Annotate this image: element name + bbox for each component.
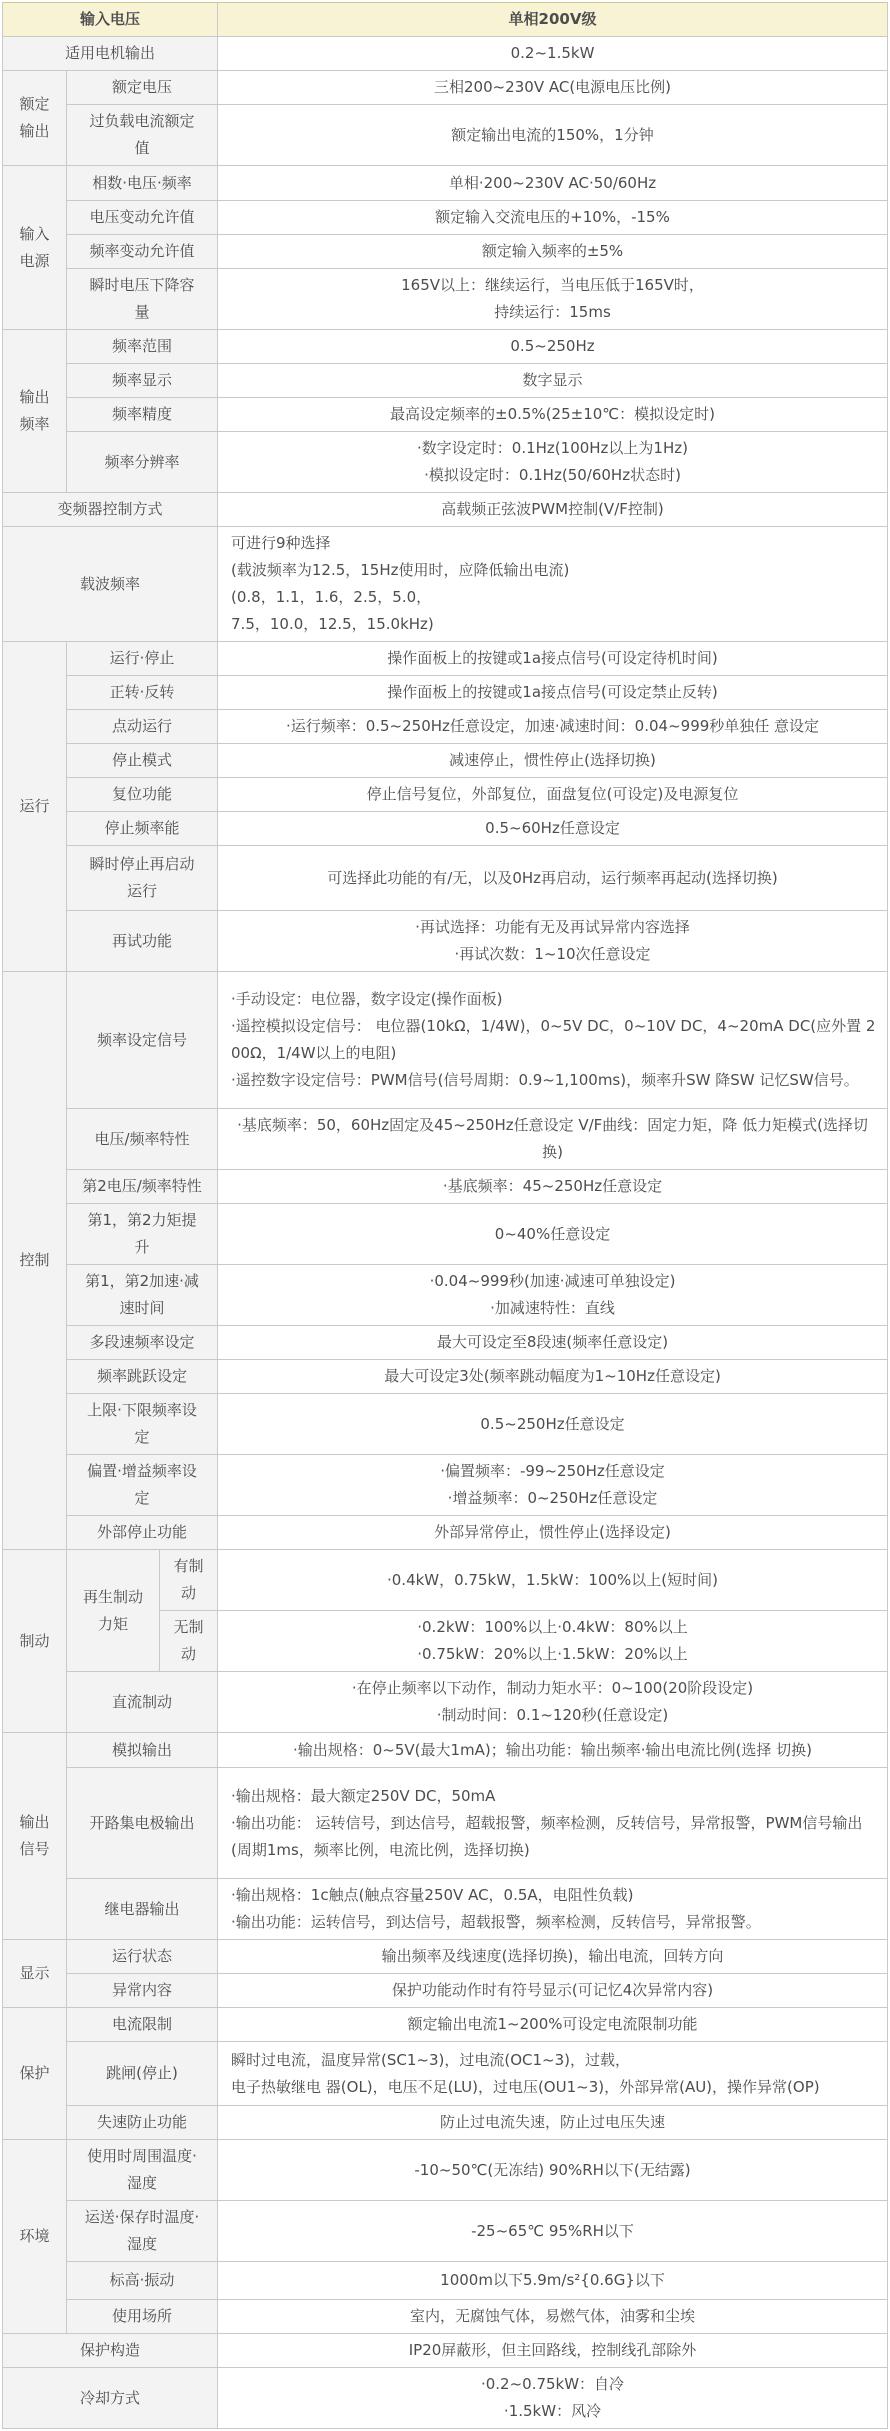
- rated-voltage-label: 额定电压: [67, 71, 218, 105]
- storage-label: 运送·保存时温度· 湿度: [67, 2201, 218, 2262]
- voltage-dip-value: 165V以上：继续运行，当电压低于165V时， 持续运行：15ms: [218, 269, 888, 330]
- row-freq-jump: 频率跳跃设定 最大可设定3处(频率跳动幅度为1~10Hz任意设定): [3, 1360, 888, 1394]
- row-stall-prevention: 失速防止功能 防止过电流失速，防止过电压失速: [3, 2106, 888, 2140]
- enclosure-value: IP20屏蔽形，但主回路线，控制线孔部除外: [218, 2334, 888, 2368]
- carrier-freq-label: 载波频率: [3, 527, 218, 642]
- row-freq-setting: 控制 频率设定信号 ·手动设定：电位器，数字设定(操作面板) ·遥控模拟设定信号…: [3, 972, 888, 1109]
- dc-brake-value: ·在停止频率以下动作，制动力矩水平：0~100(20阶段设定) ·制动时间：0.…: [218, 1672, 888, 1733]
- error-content-label: 异常内容: [67, 1974, 218, 2008]
- stop-mode-label: 停止模式: [67, 744, 218, 778]
- freq-limit-label: 上限·下限频率设 定: [67, 1394, 218, 1455]
- row-voltage-dip: 瞬时电压下降容 量 165V以上：继续运行，当电压低于165V时， 持续运行：1…: [3, 269, 888, 330]
- phase-voltage-freq-value: 单相·200~230V AC·50/60Hz: [218, 166, 888, 201]
- freq-accuracy-value: 最高设定频率的±0.5%(25±10℃：模拟设定时): [218, 398, 888, 432]
- enclosure-label: 保护构造: [3, 2334, 218, 2368]
- bias-gain-label: 偏置·增益频率设 定: [67, 1455, 218, 1516]
- inverter-spec-table: 输入电压 单相200V级 适用电机输出 0.2~1.5kW 额定 输出 额定电压…: [2, 2, 888, 2429]
- location-value: 室内，无腐蚀气体，易燃气体，油雾和尘埃: [218, 2300, 888, 2334]
- row-cooling: 冷却方式 ·0.2~0.75kW：自冷 ·1.5kW：风冷: [3, 2368, 888, 2429]
- accel-decel-value: ·0.04~999秒(加速·减速可单独设定) ·加减速特性：直线: [218, 1265, 888, 1326]
- trip-label: 跳闸(停止): [67, 2042, 218, 2106]
- relay-output-value: ·输出规格：1c触点(触点容量250V AC，0.5A，电阻性负载) ·输出功能…: [218, 1879, 888, 1940]
- freq-setting-label: 频率设定信号: [67, 972, 218, 1109]
- row-freq-accuracy: 频率精度 最高设定频率的±0.5%(25±10℃：模拟设定时): [3, 398, 888, 432]
- row-analog-output: 输出 信号 模拟输出 ·输出规格：0~5V(最大1mA)；输出功能：输出频率·输…: [3, 1733, 888, 1768]
- dc-brake-label: 直流制动: [67, 1672, 218, 1733]
- multi-speed-value: 最大可设定至8段速(频率任意设定): [218, 1326, 888, 1360]
- open-collector-value: ·输出规格：最大额定250V DC，50mA ·输出功能： 运转信号，到达信号，…: [218, 1768, 888, 1879]
- row-stop-mode: 停止模式 减速停止，惯性停止(选择切换): [3, 744, 888, 778]
- row-current-limit: 保护 电流限制 额定输出电流1~200%可设定电流限制功能: [3, 2008, 888, 2042]
- row-run-stop: 运行 运行·停止 操作面板上的按键或1a接点信号(可设定待机时间): [3, 642, 888, 676]
- reset-label: 复位功能: [67, 778, 218, 812]
- group-environment: 环境: [3, 2140, 67, 2334]
- row-rated-voltage: 额定 输出 额定电压 三相200~230V AC(电源电压比例): [3, 71, 888, 105]
- row-ext-stop: 外部停止功能 外部异常停止，惯性停止(选择设定): [3, 1516, 888, 1550]
- group-rated-output: 额定 输出: [3, 71, 67, 166]
- freq-accuracy-label: 频率精度: [67, 398, 218, 432]
- stall-prevention-label: 失速防止功能: [67, 2106, 218, 2140]
- with-brake-value: ·0.4kW，0.75kW，1.5kW：100%以上(短时间): [218, 1550, 888, 1611]
- run-stop-label: 运行·停止: [67, 642, 218, 676]
- header-value: 单相200V级: [218, 3, 888, 37]
- jog-value: ·运行频率：0.5~250Hz任意设定，加速·减速时间：0.04~999秒单独任…: [218, 710, 888, 744]
- row-vf-char: 电压/频率特性 ·基底频率：50，60Hz固定及45~250Hz任意设定 V/F…: [3, 1109, 888, 1170]
- motor-output-value: 0.2~1.5kW: [218, 37, 888, 71]
- error-content-value: 保护功能动作时有符号显示(可记忆4次异常内容): [218, 1974, 888, 2008]
- group-input-power: 输入 电源: [3, 166, 67, 330]
- group-control: 控制: [3, 972, 67, 1550]
- group-operation: 运行: [3, 642, 67, 972]
- row-run-status: 显示 运行状态 输出频率及线速度(选择切换)，输出电流，回转方向: [3, 1940, 888, 1974]
- freq-setting-value: ·手动设定：电位器，数字设定(操作面板) ·遥控模拟设定信号： 电位器(10kΩ…: [218, 972, 888, 1109]
- jog-label: 点动运行: [67, 710, 218, 744]
- altitude-label: 标高·振动: [67, 2262, 218, 2300]
- run-stop-value: 操作面板上的按键或1a接点信号(可设定待机时间): [218, 642, 888, 676]
- freq-jump-label: 频率跳跃设定: [67, 1360, 218, 1394]
- row-header: 输入电压 单相200V级: [3, 3, 888, 37]
- row-bias-gain: 偏置·增益频率设 定 ·偏置频率：-99~250Hz任意设定 ·增益频率：0~2…: [3, 1455, 888, 1516]
- vf-char-value: ·基底频率：50，60Hz固定及45~250Hz任意设定 V/F曲线：固定力矩，…: [218, 1109, 888, 1170]
- torque-boost-value: 0~40%任意设定: [218, 1204, 888, 1265]
- row-phase-voltage-freq: 输入 电源 相数·电压·频率 单相·200~230V AC·50/60Hz: [3, 166, 888, 201]
- control-method-value: 高载频正弦波PWM控制(V/F控制): [218, 493, 888, 527]
- row-reset: 复位功能 停止信号复位，外部复位，面盘复位(可设定)及电源复位: [3, 778, 888, 812]
- freq-resolution-value: ·数字设定时：0.1Hz(100Hz以上为1Hz) ·模拟设定时：0.1Hz(5…: [218, 432, 888, 493]
- run-status-value: 输出频率及线速度(选择切换)，输出电流，回转方向: [218, 1940, 888, 1974]
- regen-brake-label: 再生制动 力矩: [67, 1550, 160, 1672]
- vf-char-label: 电压/频率特性: [67, 1109, 218, 1170]
- row-torque-boost: 第1，第2力矩提 升 0~40%任意设定: [3, 1204, 888, 1265]
- row-with-brake: 制动 再生制动 力矩 有制 动 ·0.4kW，0.75kW，1.5kW：100%…: [3, 1550, 888, 1611]
- row-ambient: 环境 使用时周围温度· 湿度 -10~50℃(无冻结) 90%RH以下(无结露): [3, 2140, 888, 2201]
- rated-voltage-value: 三相200~230V AC(电源电压比例): [218, 71, 888, 105]
- cooling-label: 冷却方式: [3, 2368, 218, 2429]
- row-retry: 再试功能 ·再试选择：功能有无及再试异常内容选择 ·再试次数：1~10次任意设定: [3, 911, 888, 972]
- ambient-label: 使用时周围温度· 湿度: [67, 2140, 218, 2201]
- row-open-collector: 开路集电极输出 ·输出规格：最大额定250V DC，50mA ·输出功能： 运转…: [3, 1768, 888, 1879]
- analog-output-value: ·输出规格：0~5V(最大1mA)；输出功能：输出频率·输出电流比例(选择 切换…: [218, 1733, 888, 1768]
- location-label: 使用场所: [67, 2300, 218, 2334]
- row-location: 使用场所 室内，无腐蚀气体，易燃气体，油雾和尘埃: [3, 2300, 888, 2334]
- retry-value: ·再试选择：功能有无及再试异常内容选择 ·再试次数：1~10次任意设定: [218, 911, 888, 972]
- vf2-char-value: ·基底频率：45~250Hz任意设定: [218, 1170, 888, 1204]
- phase-voltage-freq-label: 相数·电压·频率: [67, 166, 218, 201]
- group-protection: 保护: [3, 2008, 67, 2140]
- voltage-tolerance-value: 额定输入交流电压的+10%，-15%: [218, 201, 888, 235]
- stop-freq-value: 0.5~60Hz任意设定: [218, 812, 888, 846]
- row-control-method: 变频器控制方式 高载频正弦波PWM控制(V/F控制): [3, 493, 888, 527]
- fwd-rev-label: 正转·反转: [67, 676, 218, 710]
- row-freq-tolerance: 频率变动允许值 额定输入频率的±5%: [3, 235, 888, 269]
- row-dc-brake: 直流制动 ·在停止频率以下动作，制动力矩水平：0~100(20阶段设定) ·制动…: [3, 1672, 888, 1733]
- carrier-freq-value: 可进行9种选择 (载波频率为12.5，15Hz使用时，应降低输出电流) (0.8…: [218, 527, 888, 642]
- row-freq-range: 输出 频率 频率范围 0.5~250Hz: [3, 330, 888, 364]
- row-stop-freq: 停止频率能 0.5~60Hz任意设定: [3, 812, 888, 846]
- without-brake-value: ·0.2kW：100%以上·0.4kW：80%以上 ·0.75kW：20%以上·…: [218, 1611, 888, 1672]
- freq-jump-value: 最大可设定3处(频率跳动幅度为1~10Hz任意设定): [218, 1360, 888, 1394]
- row-vf2-char: 第2电压/频率特性 ·基底频率：45~250Hz任意设定: [3, 1170, 888, 1204]
- group-braking: 制动: [3, 1550, 67, 1733]
- stop-freq-label: 停止频率能: [67, 812, 218, 846]
- fwd-rev-value: 操作面板上的按键或1a接点信号(可设定禁止反转): [218, 676, 888, 710]
- stall-prevention-value: 防止过电流失速，防止过电压失速: [218, 2106, 888, 2140]
- freq-range-value: 0.5~250Hz: [218, 330, 888, 364]
- bias-gain-value: ·偏置频率：-99~250Hz任意设定 ·增益频率：0~250Hz任意设定: [218, 1455, 888, 1516]
- retry-label: 再试功能: [67, 911, 218, 972]
- group-output-freq: 输出 频率: [3, 330, 67, 493]
- row-voltage-tolerance: 电压变动允许值 额定输入交流电压的+10%，-15%: [3, 201, 888, 235]
- open-collector-label: 开路集电极输出: [67, 1768, 218, 1879]
- storage-value: -25~65℃ 95%RH以下: [218, 2201, 888, 2262]
- torque-boost-label: 第1，第2力矩提 升: [67, 1204, 218, 1265]
- row-freq-display: 频率显示 数字显示: [3, 364, 888, 398]
- row-altitude: 标高·振动 1000m以下5.9m/s²{0.6G}以下: [3, 2262, 888, 2300]
- freq-display-value: 数字显示: [218, 364, 888, 398]
- with-brake-label: 有制 动: [160, 1550, 218, 1611]
- cooling-value: ·0.2~0.75kW：自冷 ·1.5kW：风冷: [218, 2368, 888, 2429]
- header-label: 输入电压: [3, 3, 218, 37]
- row-error-content: 异常内容 保护功能动作时有符号显示(可记忆4次异常内容): [3, 1974, 888, 2008]
- accel-decel-label: 第1，第2加速·减 速时间: [67, 1265, 218, 1326]
- without-brake-label: 无制 动: [160, 1611, 218, 1672]
- current-limit-label: 电流限制: [67, 2008, 218, 2042]
- motor-output-label: 适用电机输出: [3, 37, 218, 71]
- row-enclosure: 保护构造 IP20屏蔽形，但主回路线，控制线孔部除外: [3, 2334, 888, 2368]
- voltage-dip-label: 瞬时电压下降容 量: [67, 269, 218, 330]
- freq-resolution-label: 频率分辨率: [67, 432, 218, 493]
- row-relay-output: 继电器输出 ·输出规格：1c触点(触点容量250V AC，0.5A，电阻性负载)…: [3, 1879, 888, 1940]
- trip-value: 瞬时过电流，温度异常(SC1~3)，过电流(OC1~3)，过载， 电子热敏继电 …: [218, 2042, 888, 2106]
- row-trip: 跳闸(停止) 瞬时过电流，温度异常(SC1~3)，过电流(OC1~3)，过载， …: [3, 2042, 888, 2106]
- control-method-label: 变频器控制方式: [3, 493, 218, 527]
- freq-tolerance-value: 额定输入频率的±5%: [218, 235, 888, 269]
- freq-tolerance-label: 频率变动允许值: [67, 235, 218, 269]
- altitude-value: 1000m以下5.9m/s²{0.6G}以下: [218, 2262, 888, 2300]
- group-display: 显示: [3, 1940, 67, 2008]
- row-restart: 瞬时停止再启动 运行 可选择此功能的有/无，以及0Hz再启动，运行频率再起动(选…: [3, 846, 888, 911]
- current-limit-value: 额定输出电流1~200%可设定电流限制功能: [218, 2008, 888, 2042]
- ambient-value: -10~50℃(无冻结) 90%RH以下(无结露): [218, 2140, 888, 2201]
- row-freq-limit: 上限·下限频率设 定 0.5~250Hz任意设定: [3, 1394, 888, 1455]
- stop-mode-value: 减速停止，惯性停止(选择切换): [218, 744, 888, 778]
- voltage-tolerance-label: 电压变动允许值: [67, 201, 218, 235]
- ext-stop-value: 外部异常停止，惯性停止(选择设定): [218, 1516, 888, 1550]
- row-accel-decel: 第1，第2加速·减 速时间 ·0.04~999秒(加速·减速可单独设定) ·加减…: [3, 1265, 888, 1326]
- freq-range-label: 频率范围: [67, 330, 218, 364]
- multi-speed-label: 多段速频率设定: [67, 1326, 218, 1360]
- row-storage: 运送·保存时温度· 湿度 -25~65℃ 95%RH以下: [3, 2201, 888, 2262]
- restart-value: 可选择此功能的有/无，以及0Hz再启动，运行频率再起动(选择切换): [218, 846, 888, 911]
- row-fwd-rev: 正转·反转 操作面板上的按键或1a接点信号(可设定禁止反转): [3, 676, 888, 710]
- row-jog: 点动运行 ·运行频率：0.5~250Hz任意设定，加速·减速时间：0.04~99…: [3, 710, 888, 744]
- analog-output-label: 模拟输出: [67, 1733, 218, 1768]
- overload-current-value: 额定输出电流的150%，1分钟: [218, 105, 888, 166]
- row-overload-current: 过负载电流额定 值 额定输出电流的150%，1分钟: [3, 105, 888, 166]
- group-output-signal: 输出 信号: [3, 1733, 67, 1940]
- overload-current-label: 过负载电流额定 值: [67, 105, 218, 166]
- ext-stop-label: 外部停止功能: [67, 1516, 218, 1550]
- reset-value: 停止信号复位，外部复位，面盘复位(可设定)及电源复位: [218, 778, 888, 812]
- run-status-label: 运行状态: [67, 1940, 218, 1974]
- row-carrier-freq: 载波频率 可进行9种选择 (载波频率为12.5，15Hz使用时，应降低输出电流)…: [3, 527, 888, 642]
- row-freq-resolution: 频率分辨率 ·数字设定时：0.1Hz(100Hz以上为1Hz) ·模拟设定时：0…: [3, 432, 888, 493]
- relay-output-label: 继电器输出: [67, 1879, 218, 1940]
- restart-label: 瞬时停止再启动 运行: [67, 846, 218, 911]
- freq-limit-value: 0.5~250Hz任意设定: [218, 1394, 888, 1455]
- freq-display-label: 频率显示: [67, 364, 218, 398]
- row-motor-output: 适用电机输出 0.2~1.5kW: [3, 37, 888, 71]
- vf2-char-label: 第2电压/频率特性: [67, 1170, 218, 1204]
- row-multi-speed: 多段速频率设定 最大可设定至8段速(频率任意设定): [3, 1326, 888, 1360]
